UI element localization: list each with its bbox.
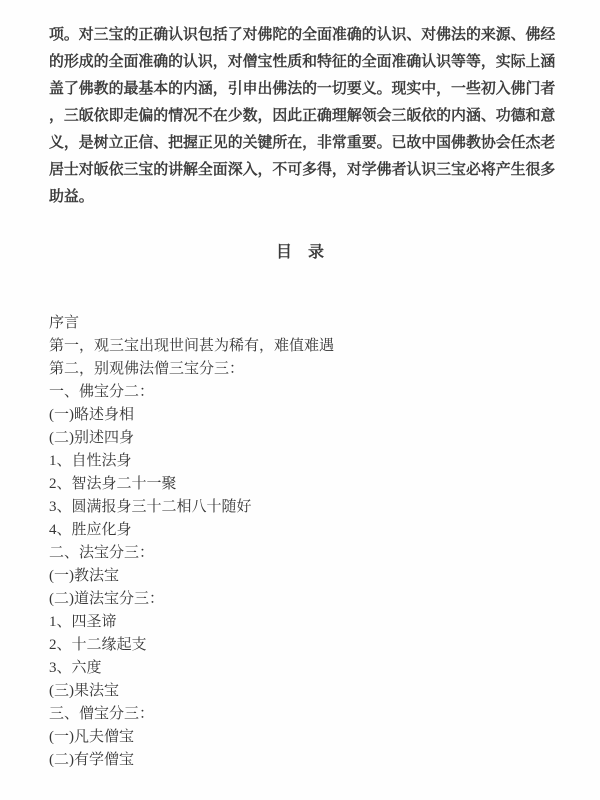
paragraph-line: 助益。 bbox=[49, 184, 552, 211]
intro-paragraph: 项。对三宝的正确认识包括了对佛陀的全面准确的认识、对佛法的来源、佛经的形成的全面… bbox=[49, 22, 552, 211]
toc-item: (一)凡夫僧宝 bbox=[49, 726, 552, 749]
paragraph-line: 盖了佛教的最基本的内涵，引申出佛法的一切要义。现实中，一些初入佛门者 bbox=[49, 76, 552, 103]
toc-item: (二)有学僧宝 bbox=[49, 749, 552, 772]
toc-item: 一、佛宝分二： bbox=[49, 381, 552, 404]
toc-item: 序言 bbox=[49, 312, 552, 335]
toc-item: 三、僧宝分三： bbox=[49, 703, 552, 726]
toc-item: 1、四圣谛 bbox=[49, 611, 552, 634]
toc-item: 4、胜应化身 bbox=[49, 519, 552, 542]
toc-item: 2、智法身二十一聚 bbox=[49, 473, 552, 496]
toc-list: 序言第一，观三宝出现世间甚为稀有，难值难遇第二，别观佛法僧三宝分三：一、佛宝分二… bbox=[49, 312, 552, 772]
toc-item: 第二，别观佛法僧三宝分三： bbox=[49, 358, 552, 381]
paragraph-line: 项。对三宝的正确认识包括了对佛陀的全面准确的认识、对佛法的来源、佛经 bbox=[49, 22, 552, 49]
toc-item: (二)别述四身 bbox=[49, 427, 552, 450]
toc-item: (二)道法宝分三： bbox=[49, 588, 552, 611]
paragraph-line: 的形成的全面准确的认识，对僧宝性质和特征的全面准确认识等等，实际上涵 bbox=[49, 49, 552, 76]
toc-item: 1、自性法身 bbox=[49, 450, 552, 473]
document-page: 项。对三宝的正确认识包括了对佛陀的全面准确的认识、对佛法的来源、佛经的形成的全面… bbox=[0, 0, 600, 800]
toc-item: (三)果法宝 bbox=[49, 680, 552, 703]
paragraph-line: 义，是树立正信、把握正见的关键所在，非常重要。已故中国佛教协会任杰老 bbox=[49, 130, 552, 157]
toc-item: 3、圆满报身三十二相八十随好 bbox=[49, 496, 552, 519]
toc-item: (一)教法宝 bbox=[49, 565, 552, 588]
paragraph-line: ，三皈依即走偏的情况不在少数，因此正确理解领会三皈依的内涵、功德和意 bbox=[49, 103, 552, 130]
toc-item: 2、十二缘起支 bbox=[49, 634, 552, 657]
toc-heading: 目 录 bbox=[0, 243, 600, 263]
toc-item: 第一，观三宝出现世间甚为稀有，难值难遇 bbox=[49, 335, 552, 358]
toc-item: (一)略述身相 bbox=[49, 404, 552, 427]
toc-item: 3、六度 bbox=[49, 657, 552, 680]
toc-item: 二、法宝分三： bbox=[49, 542, 552, 565]
paragraph-line: 居士对皈依三宝的讲解全面深入，不可多得，对学佛者认识三宝必将产生很多 bbox=[49, 157, 552, 184]
